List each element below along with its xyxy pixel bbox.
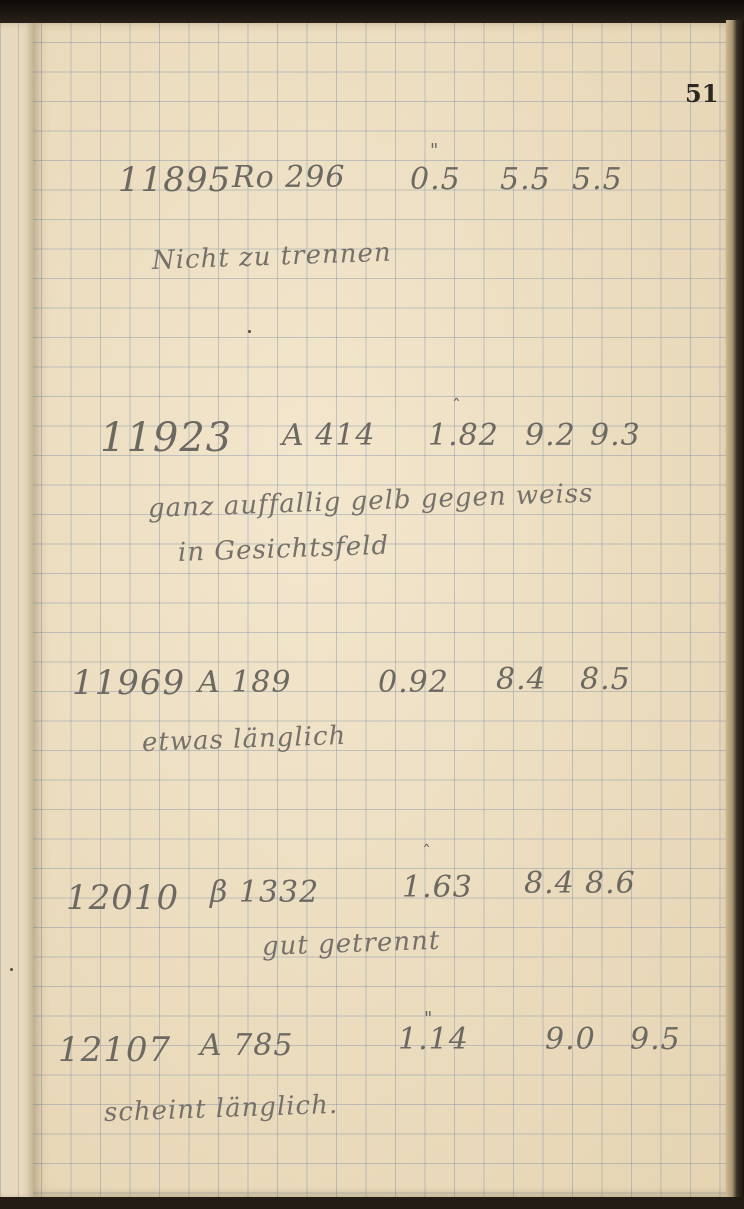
entry-designation: Ro 296 [232, 160, 345, 195]
entry-designation: A 785 [200, 1028, 293, 1063]
entry-id: 12010 [66, 878, 179, 918]
entry-separation: 1.14 [398, 1022, 469, 1057]
entry-designation: β 1332 [210, 875, 319, 910]
page-number: 51 [685, 79, 718, 108]
entry-designation: A 414 [282, 418, 375, 453]
separation-mark: " [430, 140, 438, 161]
scan-top-edge [0, 0, 744, 24]
entry-mag2: 5.5 [572, 162, 623, 197]
entry-designation: A 189 [198, 665, 291, 700]
entry-id: 12107 [58, 1030, 171, 1070]
facing-page-edge [0, 23, 35, 1198]
entry-separation: 1.82 [428, 418, 499, 453]
entry-id: 11895 [118, 160, 231, 200]
entry-separation: 1.63 [402, 870, 473, 905]
scan-bottom-edge [0, 1197, 744, 1209]
entry-mag2: 9.5 [630, 1022, 681, 1057]
entry-note: gut getrennt [261, 926, 440, 962]
entry-id: 11969 [72, 663, 185, 703]
entry-mag2: 8.6 [585, 866, 636, 901]
entry-mag2: 8.5 [580, 662, 631, 697]
entry-separation: 0.5 [410, 162, 461, 197]
entry-mag1: 9.2 [525, 418, 576, 453]
separation-mark: ˆ [452, 396, 461, 417]
entry-mag1: 8.4 [524, 866, 575, 901]
entry-mag2: 9.3 [590, 418, 641, 453]
entry-mag1: 9.0 [545, 1022, 596, 1057]
entry-mag1: 5.5 [500, 162, 551, 197]
entry-separation: 0.92 [378, 665, 449, 700]
entry-mag1: 8.4 [496, 662, 547, 697]
separation-mark: ˆ [422, 842, 431, 863]
page-stack-edge [726, 20, 744, 1200]
pencil-dot [248, 330, 251, 333]
entry-id: 11923 [100, 415, 232, 461]
margin-dot [10, 968, 13, 971]
